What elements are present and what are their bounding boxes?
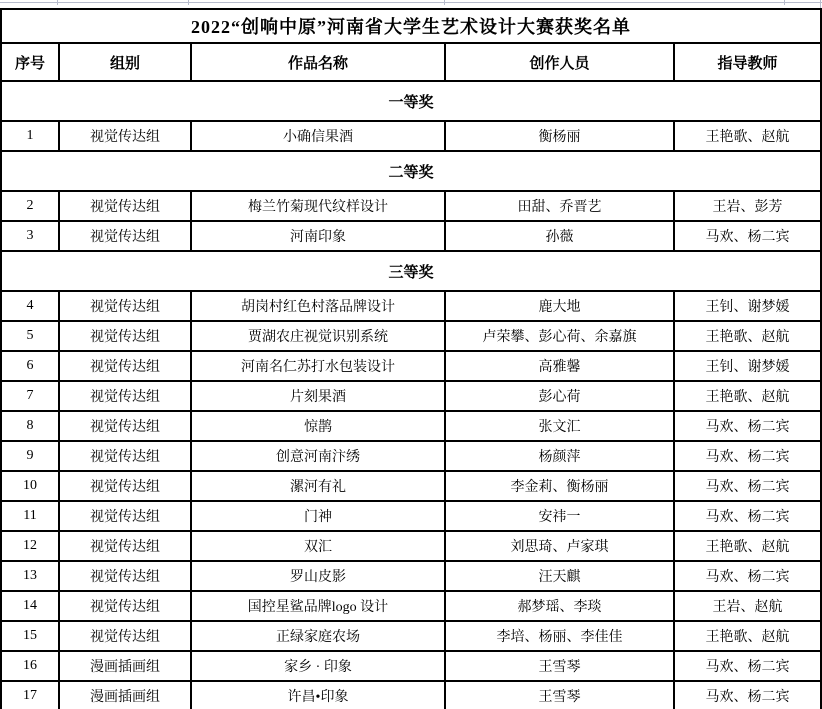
cell-no: 6 xyxy=(1,351,59,381)
cell-group: 视觉传达组 xyxy=(59,501,191,531)
cell-creators: 卢荣攀、彭心荷、余嘉旗 xyxy=(445,321,674,351)
cell-work: 创意河南汴绣 xyxy=(191,441,445,471)
table-row: 14视觉传达组国控星鲨品牌logo 设计郝梦瑶、李琰王岩、赵航 xyxy=(1,591,821,621)
table-row: 13视觉传达组罗山皮影汪天麒马欢、杨二宾 xyxy=(1,561,821,591)
cell-no: 4 xyxy=(1,291,59,321)
cell-advisors: 王艳歌、赵航 xyxy=(674,621,821,651)
column-header-group: 组别 xyxy=(59,43,191,81)
cell-group: 视觉传达组 xyxy=(59,411,191,441)
gridline-right-edge xyxy=(820,0,821,8)
cell-creators: 高雅馨 xyxy=(445,351,674,381)
cell-group: 视觉传达组 xyxy=(59,381,191,411)
cell-group: 视觉传达组 xyxy=(59,291,191,321)
table-row: 2视觉传达组梅兰竹菊现代纹样设计田甜、乔晋艺王岩、彭芳 xyxy=(1,191,821,221)
cell-creators: 王雪琴 xyxy=(445,681,674,709)
cell-advisors: 王艳歌、赵航 xyxy=(674,321,821,351)
cell-creators: 安祎一 xyxy=(445,501,674,531)
cell-group: 漫画插画组 xyxy=(59,651,191,681)
gridline-horizontal xyxy=(0,2,822,3)
gridline-tick xyxy=(444,0,445,5)
gridline-tick xyxy=(784,0,785,5)
cell-no: 17 xyxy=(1,681,59,709)
award-section-label: 二等奖 xyxy=(1,151,821,191)
cell-group: 视觉传达组 xyxy=(59,591,191,621)
award-section-row: 一等奖 xyxy=(1,81,821,121)
cell-work: 河南印象 xyxy=(191,221,445,251)
page-title: 2022“创响中原”河南省大学生艺术设计大赛获奖名单 xyxy=(1,9,821,43)
awards-table: 2022“创响中原”河南省大学生艺术设计大赛获奖名单 序号 组别 作品名称 创作… xyxy=(0,8,822,709)
cell-work: 河南名仁苏打水包装设计 xyxy=(191,351,445,381)
cell-work: 胡岗村红色村落品牌设计 xyxy=(191,291,445,321)
table-row: 10视觉传达组漯河有礼李金莉、衡杨丽马欢、杨二宾 xyxy=(1,471,821,501)
cell-work: 国控星鲨品牌logo 设计 xyxy=(191,591,445,621)
cell-advisors: 王艳歌、赵航 xyxy=(674,381,821,411)
table-row: 16漫画插画组家乡 · 印象王雪琴马欢、杨二宾 xyxy=(1,651,821,681)
cell-work: 漯河有礼 xyxy=(191,471,445,501)
cell-creators: 鹿大地 xyxy=(445,291,674,321)
award-section-row: 三等奖 xyxy=(1,251,821,291)
cell-no: 13 xyxy=(1,561,59,591)
cell-no: 2 xyxy=(1,191,59,221)
cell-creators: 李金莉、衡杨丽 xyxy=(445,471,674,501)
cell-advisors: 马欢、杨二宾 xyxy=(674,561,821,591)
cell-work: 小确信果酒 xyxy=(191,121,445,151)
table-row: 3视觉传达组河南印象孙薇马欢、杨二宾 xyxy=(1,221,821,251)
cell-work: 贾湖农庄视觉识别系统 xyxy=(191,321,445,351)
cell-group: 视觉传达组 xyxy=(59,471,191,501)
award-section-label: 一等奖 xyxy=(1,81,821,121)
cell-work: 片刻果酒 xyxy=(191,381,445,411)
table-row: 15视觉传达组正绿家庭农场李培、杨丽、李佳佳王艳歌、赵航 xyxy=(1,621,821,651)
cell-group: 视觉传达组 xyxy=(59,621,191,651)
cell-advisors: 马欢、杨二宾 xyxy=(674,221,821,251)
column-header-work: 作品名称 xyxy=(191,43,445,81)
cell-work: 正绿家庭农场 xyxy=(191,621,445,651)
cell-group: 视觉传达组 xyxy=(59,191,191,221)
cell-group: 漫画插画组 xyxy=(59,681,191,709)
cell-advisors: 马欢、杨二宾 xyxy=(674,471,821,501)
cell-work: 双汇 xyxy=(191,531,445,561)
cell-no: 9 xyxy=(1,441,59,471)
spreadsheet-grid-remnant xyxy=(0,0,822,8)
cell-creators: 孙薇 xyxy=(445,221,674,251)
table-row: 5视觉传达组贾湖农庄视觉识别系统卢荣攀、彭心荷、余嘉旗王艳歌、赵航 xyxy=(1,321,821,351)
table-row: 17漫画插画组许昌•印象王雪琴马欢、杨二宾 xyxy=(1,681,821,709)
cell-group: 视觉传达组 xyxy=(59,441,191,471)
cell-creators: 汪天麒 xyxy=(445,561,674,591)
cell-creators: 郝梦瑶、李琰 xyxy=(445,591,674,621)
cell-creators: 李培、杨丽、李佳佳 xyxy=(445,621,674,651)
cell-no: 12 xyxy=(1,531,59,561)
cell-no: 10 xyxy=(1,471,59,501)
cell-advisors: 王岩、彭芳 xyxy=(674,191,821,221)
cell-creators: 杨颜萍 xyxy=(445,441,674,471)
column-header-no: 序号 xyxy=(1,43,59,81)
cell-advisors: 马欢、杨二宾 xyxy=(674,681,821,709)
cell-work: 门神 xyxy=(191,501,445,531)
cell-creators: 张文汇 xyxy=(445,411,674,441)
table-row: 11视觉传达组门神安祎一马欢、杨二宾 xyxy=(1,501,821,531)
cell-work: 家乡 · 印象 xyxy=(191,651,445,681)
cell-advisors: 王艳歌、赵航 xyxy=(674,531,821,561)
cell-advisors: 王钊、谢梦媛 xyxy=(674,351,821,381)
cell-no: 7 xyxy=(1,381,59,411)
cell-creators: 王雪琴 xyxy=(445,651,674,681)
cell-no: 1 xyxy=(1,121,59,151)
title-row: 2022“创响中原”河南省大学生艺术设计大赛获奖名单 xyxy=(1,9,821,43)
gridline-tick xyxy=(188,0,189,5)
table-row: 1视觉传达组小确信果酒衡杨丽王艳歌、赵航 xyxy=(1,121,821,151)
cell-work: 许昌•印象 xyxy=(191,681,445,709)
column-header-creators: 创作人员 xyxy=(445,43,674,81)
cell-group: 视觉传达组 xyxy=(59,531,191,561)
table-row: 8视觉传达组惊鹊张文汇马欢、杨二宾 xyxy=(1,411,821,441)
header-row: 序号 组别 作品名称 创作人员 指导教师 xyxy=(1,43,821,81)
page: { "table": { "title": "2022“创响中原”河南省大学生艺… xyxy=(0,0,822,709)
gridline-tick xyxy=(57,0,58,5)
cell-group: 视觉传达组 xyxy=(59,351,191,381)
table-row: 7视觉传达组片刻果酒彭心荷王艳歌、赵航 xyxy=(1,381,821,411)
cell-no: 16 xyxy=(1,651,59,681)
award-section-row: 二等奖 xyxy=(1,151,821,191)
cell-group: 视觉传达组 xyxy=(59,561,191,591)
cell-group: 视觉传达组 xyxy=(59,121,191,151)
cell-work: 惊鹊 xyxy=(191,411,445,441)
cell-advisors: 王艳歌、赵航 xyxy=(674,121,821,151)
cell-no: 11 xyxy=(1,501,59,531)
cell-creators: 彭心荷 xyxy=(445,381,674,411)
column-header-advisors: 指导教师 xyxy=(674,43,821,81)
cell-no: 3 xyxy=(1,221,59,251)
table-row: 12视觉传达组双汇刘思琦、卢家琪王艳歌、赵航 xyxy=(1,531,821,561)
cell-work: 梅兰竹菊现代纹样设计 xyxy=(191,191,445,221)
cell-creators: 衡杨丽 xyxy=(445,121,674,151)
cell-no: 14 xyxy=(1,591,59,621)
cell-group: 视觉传达组 xyxy=(59,321,191,351)
cell-work: 罗山皮影 xyxy=(191,561,445,591)
cell-creators: 田甜、乔晋艺 xyxy=(445,191,674,221)
cell-advisors: 马欢、杨二宾 xyxy=(674,651,821,681)
cell-advisors: 马欢、杨二宾 xyxy=(674,441,821,471)
cell-advisors: 马欢、杨二宾 xyxy=(674,501,821,531)
cell-no: 8 xyxy=(1,411,59,441)
award-section-label: 三等奖 xyxy=(1,251,821,291)
table-row: 9视觉传达组创意河南汴绣杨颜萍马欢、杨二宾 xyxy=(1,441,821,471)
cell-no: 15 xyxy=(1,621,59,651)
cell-advisors: 王岩、赵航 xyxy=(674,591,821,621)
cell-advisors: 马欢、杨二宾 xyxy=(674,411,821,441)
table-row: 4视觉传达组胡岗村红色村落品牌设计鹿大地王钊、谢梦媛 xyxy=(1,291,821,321)
cell-creators: 刘思琦、卢家琪 xyxy=(445,531,674,561)
cell-advisors: 王钊、谢梦媛 xyxy=(674,291,821,321)
cell-group: 视觉传达组 xyxy=(59,221,191,251)
cell-no: 5 xyxy=(1,321,59,351)
table-row: 6视觉传达组河南名仁苏打水包装设计高雅馨王钊、谢梦媛 xyxy=(1,351,821,381)
